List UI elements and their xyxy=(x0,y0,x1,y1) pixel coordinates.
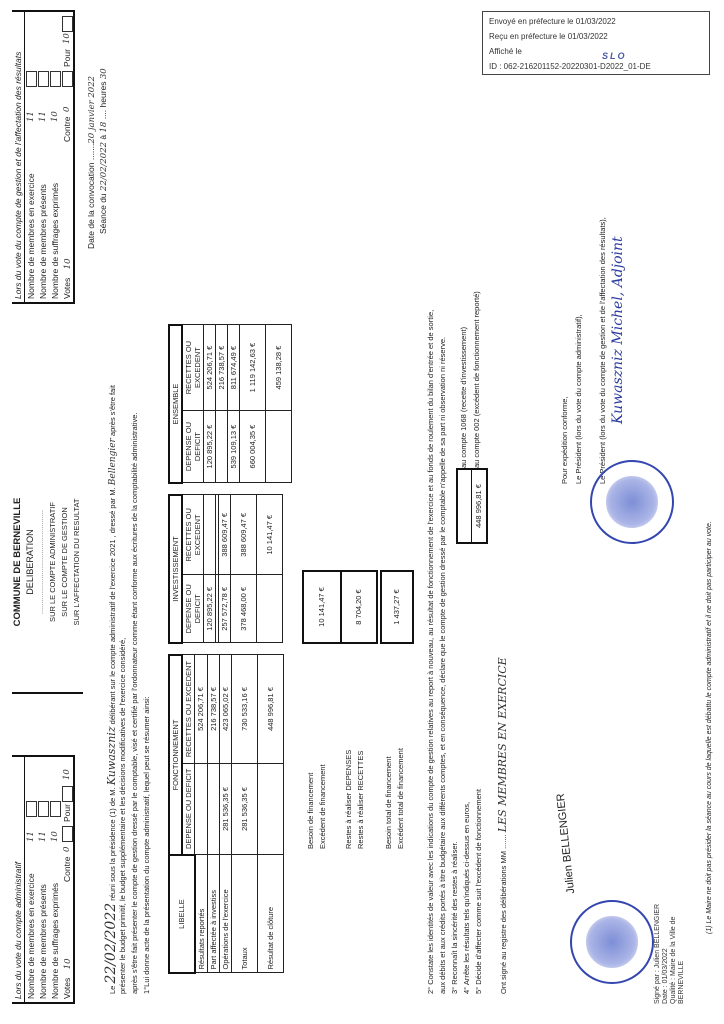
group-header-row: LIBELLEFONCTIONNEMENT xyxy=(169,655,182,973)
row-label: Part affectée à investiss xyxy=(207,855,219,973)
cell: 459 138,28 € xyxy=(266,325,292,410)
table-row: Totaux281 536,35 €730 533,16 € xyxy=(231,655,257,973)
vote-ca-row: Nombre de membres présents 11 xyxy=(37,757,49,1002)
checkbox xyxy=(38,801,49,817)
group-header: INVESTISSEMENT xyxy=(169,495,182,643)
cell xyxy=(207,763,219,855)
cell: 539 109,13 € xyxy=(228,410,240,483)
intro-line-3: après s'être fait présenter le compte de… xyxy=(130,413,139,994)
checkbox xyxy=(50,801,61,817)
cell: 660 004,35 € xyxy=(240,410,266,483)
excedent-total-box: 1 437,27 € xyxy=(380,570,414,644)
cell: 388 609,47 € xyxy=(231,495,257,575)
cell xyxy=(195,763,208,855)
checkbox xyxy=(62,786,73,802)
investissement-table: INVESTISSEMENTDEPENSE OU DEFICITRECETTES… xyxy=(168,494,283,644)
vote-box-cg: Lors du vote du compte de gestion et de … xyxy=(12,10,75,304)
seance-line: Séance du 22/02/2022 à 18 .... heures 30 xyxy=(98,68,109,234)
table-row: 216 738,57 € xyxy=(216,325,228,483)
libelle-header: LIBELLE xyxy=(169,855,195,973)
table-row: 459 138,28 € xyxy=(266,325,292,483)
row-label: Opérations de l'exercice xyxy=(219,855,231,973)
cell: 1 119 142,63 € xyxy=(240,325,266,410)
cell: 811 674,49 € xyxy=(228,325,240,410)
cell: 524 206,71 € xyxy=(195,655,208,763)
cell: 216 738,57 € xyxy=(207,655,219,763)
fonctionnement-table: LIBELLEFONCTIONNEMENTDEPENSE OU DEFICITR… xyxy=(168,654,284,974)
deliberation-title: DELIBERATION xyxy=(25,432,35,692)
intro-line-1: Le 22/02/2022 réuni sous la présidence (… xyxy=(103,385,119,994)
table-row: 10 141,47 € xyxy=(257,495,283,643)
cell xyxy=(216,410,228,483)
convocation-line: Date de la convocation .......20 janvier… xyxy=(86,76,97,249)
checkbox xyxy=(62,16,73,32)
cell: 216 738,57 € xyxy=(216,325,228,410)
cell: 448 996,81 € xyxy=(257,655,283,763)
sub-header: RECETTES OU EXCEDENT xyxy=(182,655,195,763)
checkbox xyxy=(26,801,37,817)
cell: 120 895,22 € xyxy=(204,575,216,643)
vote-ca-title: Lors du vote du compte administratif xyxy=(12,757,25,1002)
table-row: 120 895,22 € xyxy=(204,495,216,643)
table-row: 539 109,13 €811 674,49 € xyxy=(228,325,240,483)
signature-cg: Kuwaszniz Michel, Adjoint xyxy=(610,236,626,424)
checkbox xyxy=(38,71,49,87)
table-row: Résultats reportés524 206,71 € xyxy=(195,655,208,973)
affectation-box: 448 996,81 € xyxy=(456,468,488,544)
checkbox xyxy=(26,71,37,87)
footnote: (1) Le Maire ne doit pas présider la séa… xyxy=(706,521,713,934)
cell xyxy=(257,763,283,855)
cell xyxy=(257,575,283,643)
checkbox xyxy=(62,826,73,842)
cell xyxy=(266,410,292,483)
vote-box-ca: Lors du vote du compte administratif Nom… xyxy=(12,755,75,1004)
table-row: Résultat de clôture448 996,81 € xyxy=(257,655,283,973)
sub-header: DEPENSE OU DEFICIT xyxy=(182,575,204,643)
group-header-row: INVESTISSEMENT xyxy=(169,495,182,643)
cell: 10 141,47 € xyxy=(257,495,283,575)
cell: 257 572,78 € xyxy=(219,575,231,643)
deliberation-page: Lors du vote du compte administratif Nom… xyxy=(0,0,724,1024)
sub-header: RECETTES OU EXCEDENT xyxy=(182,495,204,575)
checkbox xyxy=(62,71,73,87)
commune-header: COMMUNE DE BERNEVILLE DELIBERATION .....… xyxy=(12,432,83,694)
table-row: Part affectée à investiss216 738,57 € xyxy=(207,655,219,973)
sub-header: RECETTES OU EXCEDENT xyxy=(182,325,204,410)
group-header-row: ENSEMBLE xyxy=(169,325,182,483)
mairie-seal-right xyxy=(590,460,674,544)
cell xyxy=(204,495,216,575)
cell: 378 468,00 € xyxy=(231,575,257,643)
vote-ca-row: Votes 10 Contre 0 Pour 10 xyxy=(61,757,73,1002)
cell: 388 609,47 € xyxy=(219,495,231,575)
commune-name: COMMUNE DE BERNEVILLE xyxy=(12,432,23,692)
checkbox xyxy=(50,71,61,87)
table-row: Opérations de l'exercice281 536,35 €423 … xyxy=(219,655,231,973)
mairie-seal-left xyxy=(570,900,654,984)
printed-name: Julien BELLENGIER xyxy=(555,793,577,895)
vote-cg-title: Lors du vote du compte de gestion et de … xyxy=(12,12,25,302)
cell: 281 536,35 € xyxy=(219,763,231,855)
row-label: Résultat de clôture xyxy=(257,855,283,973)
vote-ca-row: Nombre de membres en exercice 11 xyxy=(25,757,37,1002)
cell: 120 895,22 € xyxy=(204,410,216,483)
ensemble-table: ENSEMBLEDEPENSE OU DEFICITRECETTES OU EX… xyxy=(168,324,292,484)
intro-line-4: 1°Lui donne acte de la présentation du c… xyxy=(142,696,151,994)
row-label: Résultats reportés xyxy=(195,855,208,973)
group-header: FONCTIONNEMENT xyxy=(169,655,182,855)
sub-header: DEPENSE OU DEFICIT xyxy=(182,410,204,483)
signe-line: Ont signé au registre des délibérations … xyxy=(496,657,509,994)
esign-block: Signé par : Julien BELLENGIER Date : 01/… xyxy=(654,904,686,1004)
cell: 730 533,16 € xyxy=(231,655,257,763)
table-row: 378 468,00 €388 609,47 € xyxy=(231,495,257,643)
cell: 524 206,71 € xyxy=(204,325,216,410)
cell: 281 536,35 € xyxy=(231,763,257,855)
table-row: 257 572,78 €388 609,47 € xyxy=(219,495,231,643)
intro-line-2: présenter le budget primitif, le budget … xyxy=(118,638,127,994)
financement-box: 10 141,47 € 8 704,20 € xyxy=(302,570,378,644)
cell: 423 065,02 € xyxy=(219,655,231,763)
row-label: Totaux xyxy=(231,855,257,973)
group-header: ENSEMBLE xyxy=(169,325,182,483)
sub-header: DEPENSE OU DEFICIT xyxy=(182,763,195,855)
table-row: 660 004,35 €1 119 142,63 € xyxy=(240,325,266,483)
table-row: 120 895,22 €524 206,71 € xyxy=(204,325,216,483)
vote-ca-row: Nombre de suffrages exprimés 10 xyxy=(49,757,61,1002)
